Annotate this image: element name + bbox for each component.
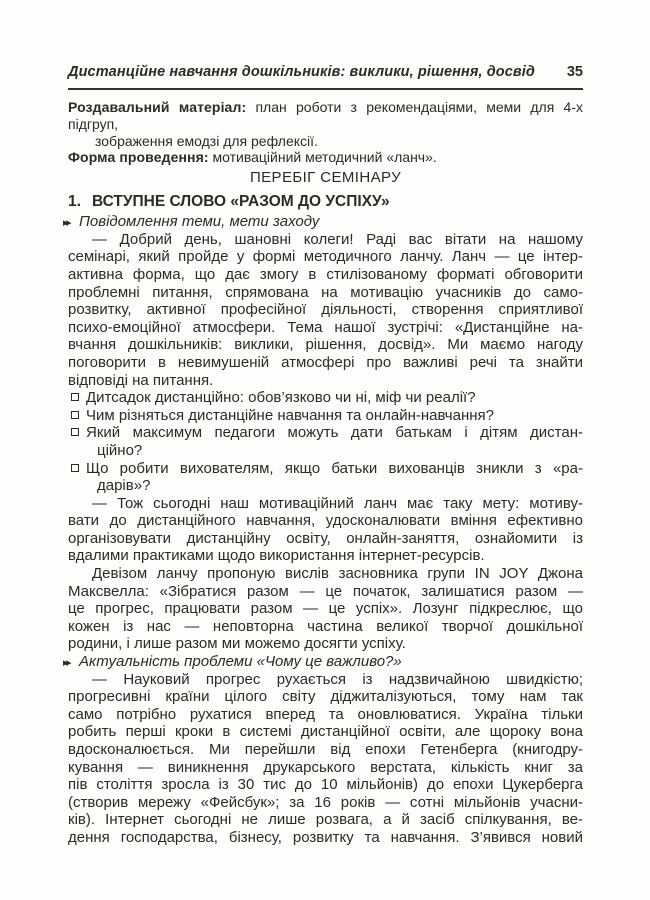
marker-heading-text: Актуальність проблеми «Чому це важливо?» [79, 653, 402, 671]
center-title: ПЕРЕБІГ СЕМІНАРУ [68, 168, 583, 189]
cont-line: зображення емодзі для рефлексії. [68, 133, 583, 150]
para-line: прогресивні країни цілого світу діджитал… [68, 688, 583, 706]
num-heading: 1.ВСТУПНЕ СЛОВО «РАЗОМ ДО УСПІХУ» [68, 192, 583, 211]
para-line: активна форма, що дає змогу в стилізован… [68, 266, 583, 284]
para-line: робить перші кроки в системі дистанційно… [68, 723, 583, 741]
para-line: поговорити в невимушеній атмосфері про в… [68, 354, 583, 372]
heading-text: ВСТУПНЕ СЛОВО «РАЗОМ ДО УСПІХУ» [92, 192, 390, 211]
para-line: вдалими практиками щодо використання інт… [68, 547, 583, 565]
para-first: — Тож сьогодні наш мотиваційний ланч має… [68, 495, 583, 513]
para-line: пів століття зросла із 30 тис до 10 міль… [68, 776, 583, 794]
para-line: кожен із нас — неповторна частина велико… [68, 618, 583, 636]
para-line: родини, і лише разом ми можемо досягти у… [68, 635, 583, 653]
para-line: організовувати дистанційну освіту, онлай… [68, 530, 583, 548]
para-first: — Науковий прогрес рухається із надзвича… [68, 671, 583, 689]
para-line: семінарі, який пройде у формі методичног… [68, 248, 583, 266]
bullet-wrap: дарів»? [68, 477, 583, 495]
para-line: ків). Інтернет сьогодні не лише розвага,… [68, 811, 583, 829]
bullet-item: Який максимум педагоги можуть дати батьк… [68, 424, 583, 442]
marker-heading: ▸▸Актуальність проблеми «Чому це важливо… [63, 653, 583, 671]
marker-heading-text: Повідомлення теми, мети заходу [79, 213, 319, 231]
document-flow: Роздавальний матеріал: план роботи з рек… [68, 99, 583, 847]
para-line: це прогрес, працювати разом — це успіх».… [68, 600, 583, 618]
para-line: кування — виникнення друкарського верста… [68, 759, 583, 777]
para-line: проблемні питання, спрямована на мотивац… [68, 284, 583, 302]
heading-number: 1. [68, 192, 92, 211]
para-line: вчання дошкільників: виклики, рішення, д… [68, 336, 583, 354]
para-line: Максвелла: «Зібратися разом — це початок… [68, 583, 583, 601]
page-number: 35 [567, 64, 583, 81]
running-header: Дистанційне навчання дошкільників: викли… [68, 64, 583, 88]
running-header-title: Дистанційне навчання дошкільників: викли… [68, 64, 535, 81]
para-line: психо-емоційної атмосфери. Тема нашої зу… [68, 319, 583, 337]
document-page: Дистанційне навчання дошкільників: викли… [0, 0, 650, 900]
para-line: (створив мережу «Фейсбук»; за 16 років —… [68, 794, 583, 812]
field-label: Форма проведення: [68, 149, 209, 165]
label-line: Форма проведення: мотиваційний методични… [68, 149, 583, 166]
square-bullet-icon [71, 411, 79, 419]
square-bullet-icon [71, 428, 79, 436]
bullet-item: Що робити вихователям, якщо батьки вихов… [68, 460, 583, 478]
label-line: Роздавальний матеріал: план роботи з рек… [68, 99, 583, 133]
para-line: розвитку, активної професійної діяльност… [68, 301, 583, 319]
para-first: Девізом ланчу пропоную вислів засновника… [68, 565, 583, 583]
para-line: вдосконалюється. Ми перейшли від епохи Г… [68, 741, 583, 759]
page-content: Дистанційне навчання дошкільників: викли… [68, 64, 583, 847]
bullet-item: Дитсадок дистанційно: обов’язково чи ні,… [68, 389, 583, 407]
double-right-arrow-icon: ▸▸ [63, 654, 69, 672]
header-rule [68, 88, 583, 90]
square-bullet-icon [71, 393, 79, 401]
square-bullet-icon [71, 464, 79, 472]
para-line: дення господарства, бізнесу, розвитку та… [68, 829, 583, 847]
double-right-arrow-icon: ▸▸ [63, 214, 69, 232]
marker-heading: ▸▸Повідомлення теми, мети заходу [63, 213, 583, 231]
para-line: вати до дистанційного навчання, удоскона… [68, 512, 583, 530]
para-line: відповіді на питання. [68, 372, 583, 390]
para-line: само потрібно рухатися вперед та оновлюв… [68, 706, 583, 724]
bullet-wrap: ційно? [68, 442, 583, 460]
bullet-item: Чим різняться дистанційне навчання та он… [68, 407, 583, 425]
field-label: Роздавальний матеріал: [68, 99, 246, 115]
para-first: — Добрий день, шановні колеги! Раді вас … [68, 231, 583, 249]
